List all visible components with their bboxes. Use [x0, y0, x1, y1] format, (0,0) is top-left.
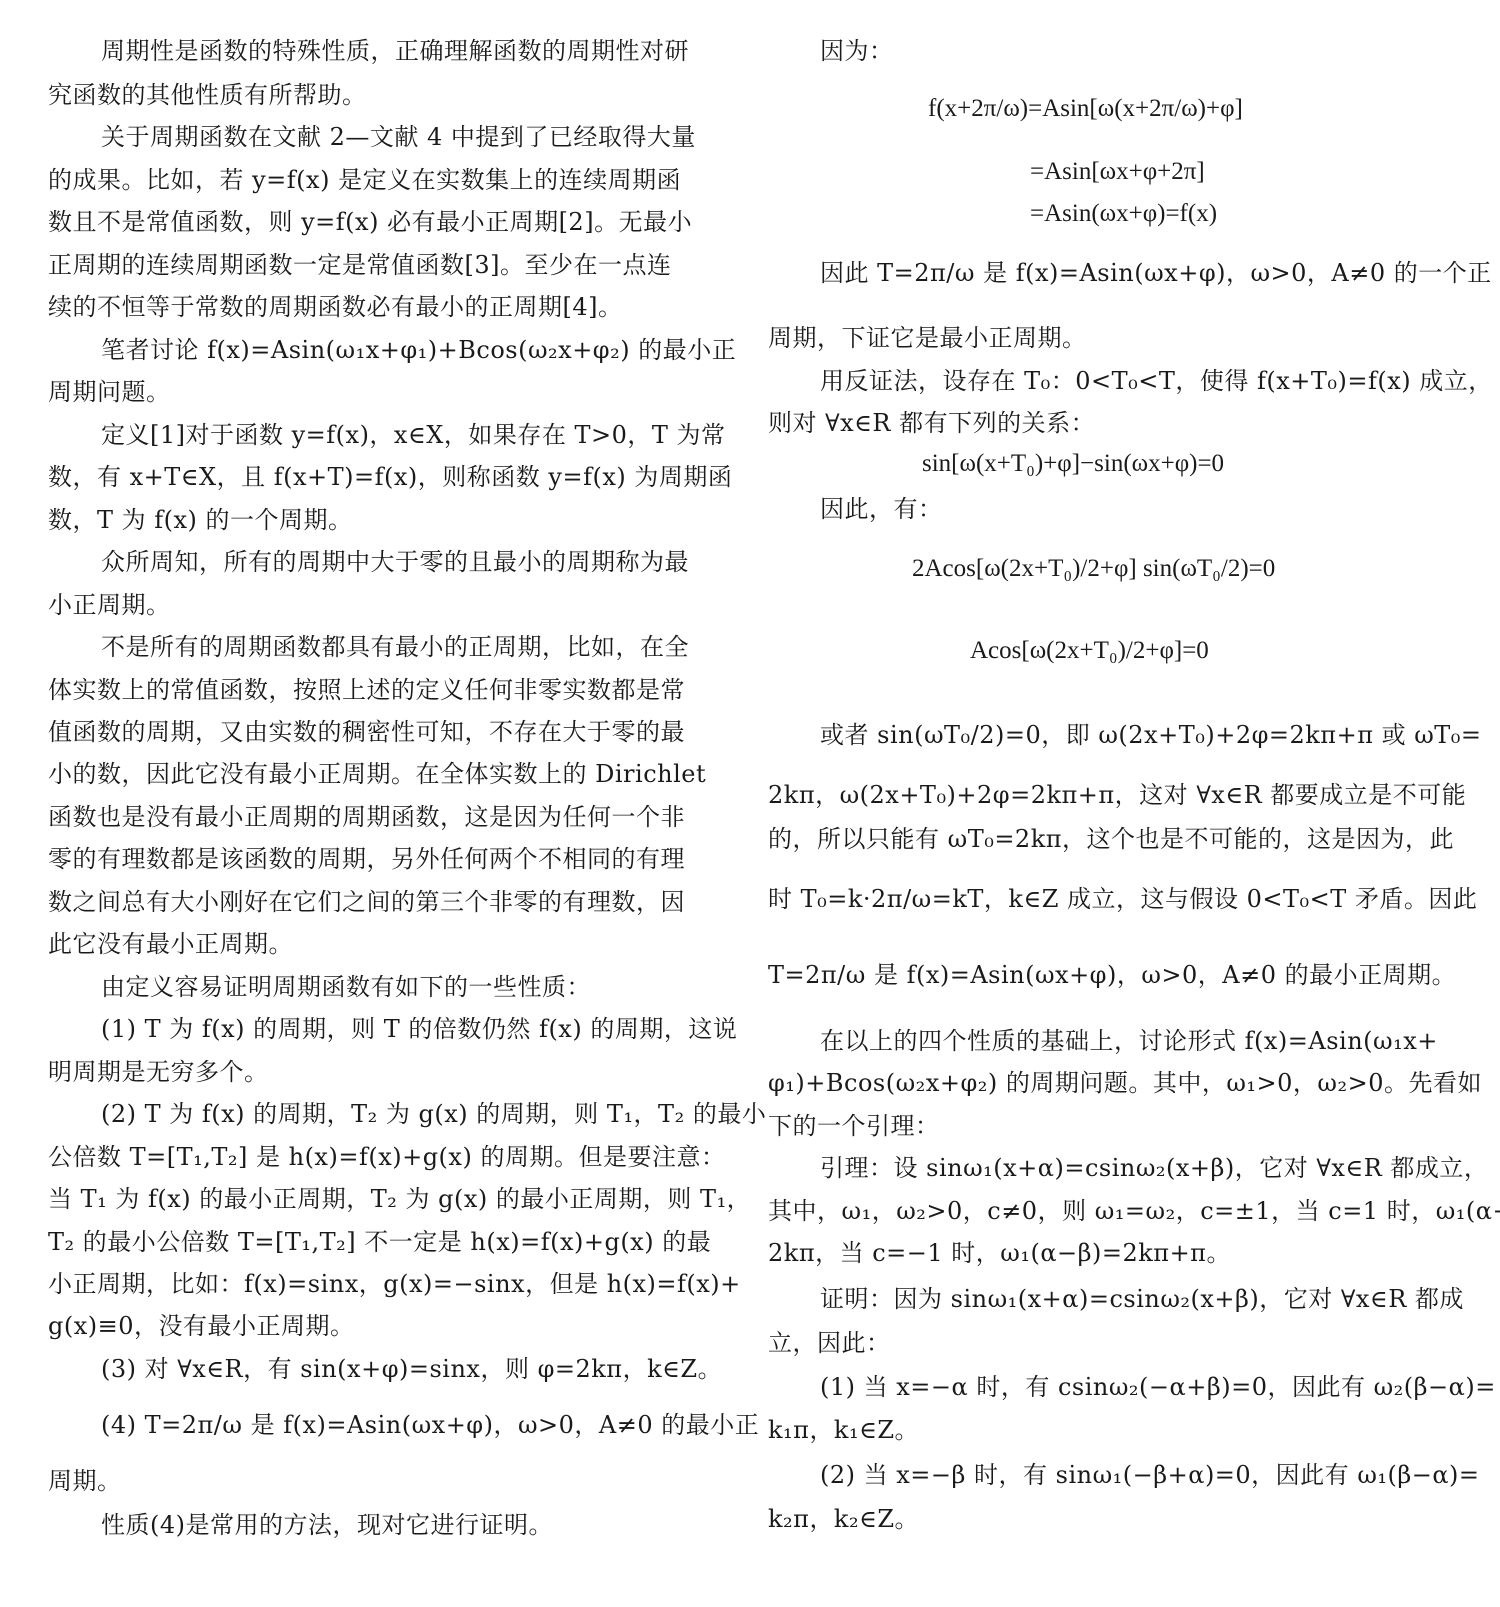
text-line: 小的数，因此它没有最小正周期。在全体实数上的 Dirichlet — [48, 759, 706, 789]
text-line: 则对 ∀x∈R 都有下列的关系： — [768, 408, 1095, 438]
text-line: φ₁)+Bcos(ω₂x+φ₂) 的周期问题。其中，ω₁>0，ω₂>0。先看如 — [768, 1068, 1482, 1098]
text-line: 笔者讨论 f(x)=Asin(ω₁x+φ₁)+Bcos(ω₂x+φ₂) 的最小正 — [101, 335, 736, 365]
text-line: 零的有理数都是该函数的周期，另外任何两个不相同的有理 — [48, 844, 685, 874]
text-line: 当 T₁ 为 f(x) 的最小正周期，T₂ 为 g(x) 的最小正周期，则 T₁… — [48, 1184, 751, 1214]
text-line: 不是所有的周期函数都具有最小的正周期，比如，在全 — [101, 632, 689, 662]
text-line: 数，有 x+T∈X，且 f(x+T)=f(x)，则称函数 y=f(x) 为周期函 — [48, 462, 732, 492]
text-line: 续的不恒等于常数的周期函数必有最小的正周期[4]。 — [48, 292, 623, 322]
text-line: 因此，有： — [820, 494, 943, 524]
equation: sin[ω(x+T₀)+φ]−sin(ωx+φ)=0 — [922, 450, 1224, 478]
text-line: 小正周期。 — [48, 590, 171, 620]
text-line: (2) 当 x=−β 时，有 sinω₁(−β+α)=0，因此有 ω₁(β−α)… — [820, 1460, 1480, 1490]
text-line: 体实数上的常值函数，按照上述的定义任何非零实数都是常 — [48, 675, 685, 705]
text-line: 性质(4)是常用的方法，现对它进行证明。 — [101, 1510, 553, 1540]
text-line: 众所周知，所有的周期中大于零的且最小的周期称为最 — [101, 547, 689, 577]
equation: Acos[ω(2x+T₀)/2+φ]=0 — [970, 637, 1209, 665]
text-line: 数且不是常值函数，则 y=f(x) 必有最小正周期[2]。无最小 — [48, 207, 692, 237]
text-line: 下的一个引理： — [768, 1111, 940, 1141]
text-line: 因此 T=2π/ω 是 f(x)=Asin(ωx+φ)，ω>0，A≠0 的一个正 — [820, 258, 1492, 288]
text-line: k₁π，k₁∈Z。 — [768, 1415, 919, 1445]
text-line: 值函数的周期，又由实数的稠密性可知，不存在大于零的最 — [48, 717, 685, 747]
text-line: 的成果。比如，若 y=f(x) 是定义在实数集上的连续周期函 — [48, 165, 681, 195]
text-line: 用反证法，设存在 T₀：0<T₀<T，使得 f(x+T₀)=f(x) 成立， — [820, 366, 1493, 396]
text-line: 2kπ，当 c=−1 时，ω₁(α−β)=2kπ+π。 — [768, 1238, 1231, 1268]
text-line: 其中，ω₁，ω₂>0，c≠0，则 ω₁=ω₂，c=±1，当 c=1 时，ω₁(α… — [768, 1196, 1500, 1226]
equation: 2Acos[ω(2x+T₀)/2+φ] sin(ωT₀/2)=0 — [912, 555, 1275, 583]
text-line: 周期，下证它是最小正周期。 — [768, 323, 1087, 353]
text-line: T=2π/ω 是 f(x)=Asin(ωx+φ)，ω>0，A≠0 的最小正周期。 — [768, 960, 1456, 990]
text-line: 数，T 为 f(x) 的一个周期。 — [48, 505, 353, 535]
text-line: 立，因此： — [768, 1328, 891, 1358]
text-line: (1) 当 x=−α 时，有 csinω₂(−α+β)=0，因此有 ω₂(β−α… — [820, 1372, 1496, 1402]
text-line: 因为： — [820, 36, 894, 66]
text-line: 在以上的四个性质的基础上，讨论形式 f(x)=Asin(ω₁x+ — [820, 1026, 1438, 1056]
equation: =Asin[ωx+φ+2π] — [1030, 158, 1205, 186]
text-line: g(x)≡0，没有最小正周期。 — [48, 1311, 355, 1341]
text-line: 周期性是函数的特殊性质，正确理解函数的周期性对研 — [101, 36, 689, 66]
property-1-line: (1) T 为 f(x) 的周期，则 T 的倍数仍然 f(x) 的周期，这说 — [101, 1014, 737, 1044]
property-3-line: (3) 对 ∀x∈R，有 sin(x+φ)=sinx，则 φ=2kπ，k∈Z。 — [101, 1354, 722, 1384]
equation: f(x+2π/ω)=Asin[ω(x+2π/ω)+φ] — [928, 95, 1243, 123]
text-line: 此它没有最小正周期。 — [48, 929, 293, 959]
property-4-line: (4) T=2π/ω 是 f(x)=Asin(ωx+φ)，ω>0，A≠0 的最小… — [101, 1410, 759, 1440]
text-line: T₂ 的最小公倍数 T=[T₁,T₂] 不一定是 h(x)=f(x)+g(x) … — [48, 1227, 711, 1257]
text-line: 究函数的其他性质有所帮助。 — [48, 80, 367, 110]
text-line: 2kπ，ω(2x+T₀)+2φ=2kπ+π，这对 ∀x∈R 都要成立是不可能 — [768, 780, 1466, 810]
text-line: 由定义容易证明周期函数有如下的一些性质： — [101, 972, 591, 1002]
text-line: 数之间总有大小刚好在它们之间的第三个非零的有理数，因 — [48, 887, 685, 917]
text-line: 小正周期，比如：f(x)=sinx，g(x)=−sinx，但是 h(x)=f(x… — [48, 1269, 741, 1299]
text-line: 的，所以只能有 ωT₀=2kπ，这个也是不可能的，这是因为，此 — [768, 824, 1454, 854]
property-2-line: (2) T 为 f(x) 的周期，T₂ 为 g(x) 的周期，则 T₁，T₂ 的… — [101, 1099, 766, 1129]
equation: =Asin(ωx+φ)=f(x) — [1030, 200, 1217, 228]
text-line: 公倍数 T=[T₁,T₂] 是 h(x)=f(x)+g(x) 的周期。但是要注意… — [48, 1142, 725, 1172]
text-line: 周期。 — [48, 1466, 122, 1496]
text-line: 或者 sin(ωT₀/2)=0，即 ω(2x+T₀)+2φ=2kπ+π 或 ωT… — [820, 720, 1482, 750]
lemma-line: 引理：设 sinω₁(x+α)=csinω₂(x+β)，它对 ∀x∈R 都成立， — [820, 1153, 1488, 1183]
text-line: 关于周期函数在文献 2—文献 4 中提到了已经取得大量 — [101, 122, 696, 152]
text-line: 明周期是无穷多个。 — [48, 1057, 269, 1087]
text-line: 正周期的连续周期函数一定是常值函数[3]。至少在一点连 — [48, 250, 672, 280]
proof-line: 证明：因为 sinω₁(x+α)=csinω₂(x+β)，它对 ∀x∈R 都成 — [820, 1284, 1464, 1314]
text-line: 函数也是没有最小正周期的周期函数，这是因为任何一个非 — [48, 802, 685, 832]
text-line: 时 T₀=k·2π/ω=kT，k∈Z 成立，这与假设 0<T₀<T 矛盾。因此 — [768, 884, 1477, 914]
definition-line: 定义[1]对于函数 y=f(x)，x∈X，如果存在 T>0，T 为常 — [101, 420, 725, 450]
text-line: 周期问题。 — [48, 377, 171, 407]
text-line: k₂π，k₂∈Z。 — [768, 1504, 919, 1534]
